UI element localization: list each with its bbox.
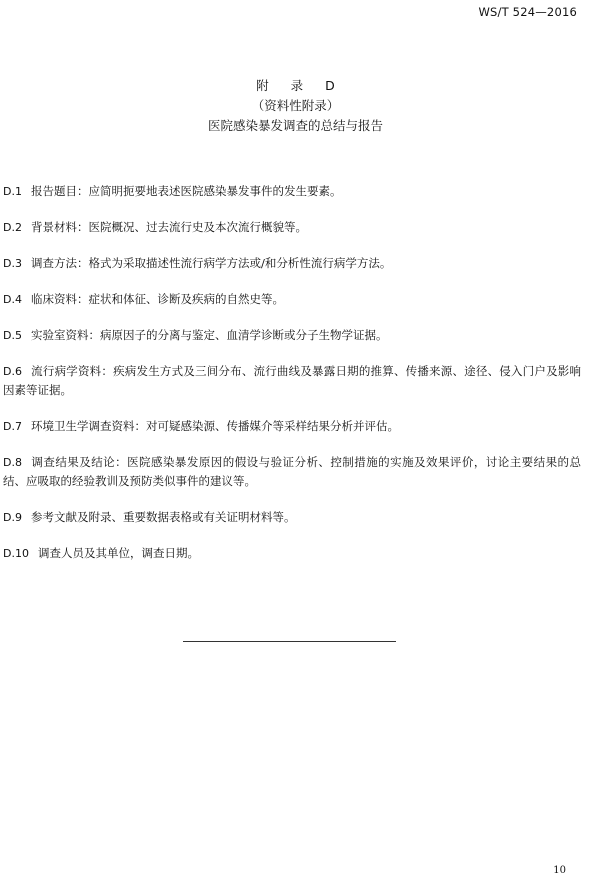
clause-text: 调查结果及结论：医院感染暴发原因的假设与验证分析、控制措施的实施及效果评价，讨论… — [3, 455, 581, 488]
clause-d5: D.5实验室资料：病原因子的分离与鉴定、血清学诊断或分子生物学证据。 — [3, 326, 581, 345]
page-number: 10 — [553, 865, 566, 876]
clause-text: 报告题目：应简明扼要地表述医院感染暴发事件的发生要素。 — [31, 184, 342, 198]
clause-d7: D.7环境卫生学调查资料：对可疑感染源、传播媒介等采样结果分析并评估。 — [3, 417, 581, 436]
appendix-title: 医院感染暴发调查的总结与报告 — [0, 116, 591, 136]
clause-number: D.2 — [3, 218, 22, 237]
clause-number: D.7 — [3, 417, 22, 436]
clause-d10: D.10调查人员及其单位，调查日期。 — [3, 544, 581, 563]
clause-number: D.10 — [3, 544, 29, 563]
clause-d1: D.1报告题目：应简明扼要地表述医院感染暴发事件的发生要素。 — [3, 182, 581, 201]
clause-number: D.8 — [3, 453, 22, 472]
clause-text: 调查方法：格式为采取描述性流行病学方法或/和分析性流行病学方法。 — [31, 256, 391, 270]
clause-d8: D.8调查结果及结论：医院感染暴发原因的假设与验证分析、控制措施的实施及效果评价… — [3, 453, 581, 491]
clause-number: D.9 — [3, 508, 22, 527]
clause-number: D.1 — [3, 182, 22, 201]
end-of-appendix-rule — [183, 641, 396, 642]
clause-d9: D.9参考文献及附录、重要数据表格或有关证明材料等。 — [3, 508, 581, 527]
clause-text: 参考文献及附录、重要数据表格或有关证明材料等。 — [31, 510, 296, 524]
clause-text: 临床资料：症状和体征、诊断及疾病的自然史等。 — [31, 292, 284, 306]
appendix-label: 附 录 D — [0, 76, 591, 96]
clause-d3: D.3调查方法：格式为采取描述性流行病学方法或/和分析性流行病学方法。 — [3, 254, 581, 273]
clause-text: 调查人员及其单位，调查日期。 — [38, 546, 199, 560]
clause-d6: D.6流行病学资料：疾病发生方式及三间分布、流行曲线及暴露日期的推算、传播来源、… — [3, 362, 581, 400]
appendix-type: （资料性附录） — [0, 96, 591, 116]
clause-number: D.3 — [3, 254, 22, 273]
clause-text: 实验室资料：病原因子的分离与鉴定、血清学诊断或分子生物学证据。 — [31, 328, 388, 342]
document-code: WS/T 524—2016 — [478, 5, 577, 19]
clause-text: 流行病学资料：疾病发生方式及三间分布、流行曲线及暴露日期的推算、传播来源、途径、… — [3, 364, 581, 397]
clause-number: D.6 — [3, 362, 22, 381]
clause-text: 背景材料：医院概况、过去流行史及本次流行概貌等。 — [31, 220, 307, 234]
clause-d2: D.2背景材料：医院概况、过去流行史及本次流行概貌等。 — [3, 218, 581, 237]
appendix-heading: 附 录 D （资料性附录） 医院感染暴发调查的总结与报告 — [0, 76, 591, 136]
clause-text: 环境卫生学调查资料：对可疑感染源、传播媒介等采样结果分析并评估。 — [31, 419, 399, 433]
clause-number: D.5 — [3, 326, 22, 345]
clause-list: D.1报告题目：应简明扼要地表述医院感染暴发事件的发生要素。 D.2背景材料：医… — [3, 182, 581, 580]
clause-d4: D.4临床资料：症状和体征、诊断及疾病的自然史等。 — [3, 290, 581, 309]
clause-number: D.4 — [3, 290, 22, 309]
